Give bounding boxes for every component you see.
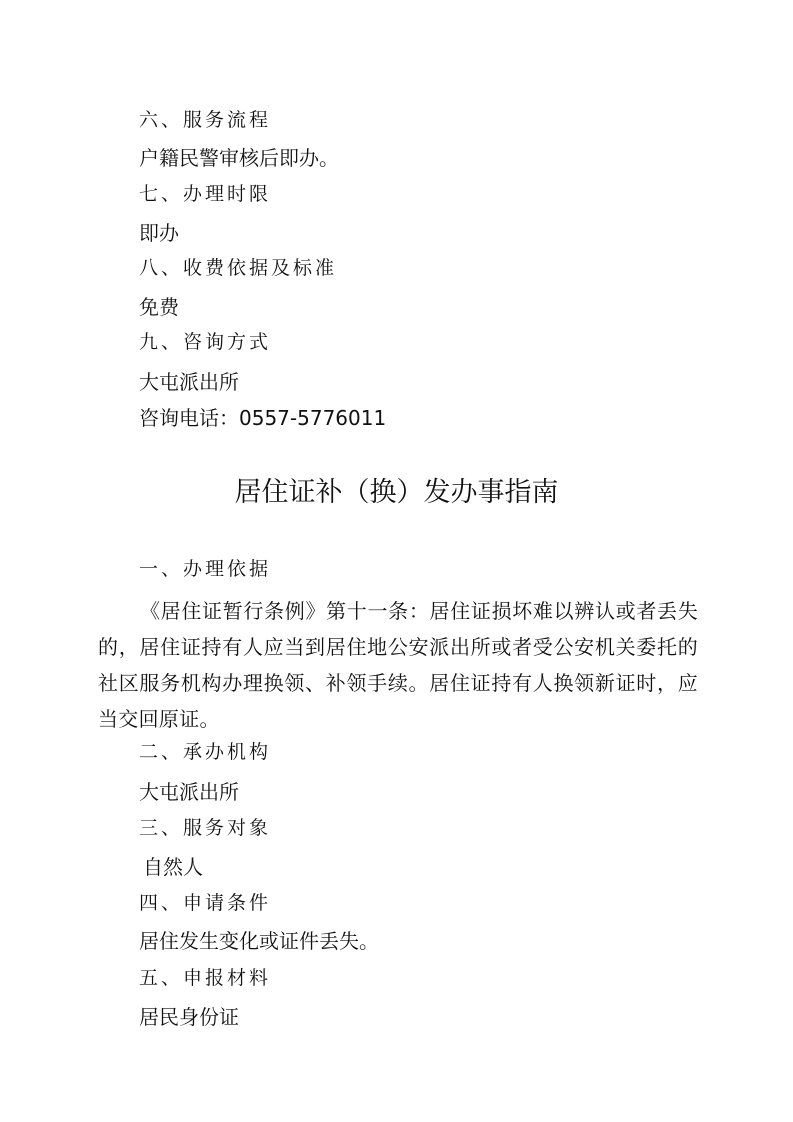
section-body-conditions: 居住发生变化或证件丢失。 — [139, 929, 379, 953]
section-body-fees: 免费 — [139, 295, 179, 319]
section-heading-consult: 九、咨询方式 — [139, 330, 271, 354]
section-heading-basis: 一、办理依据 — [139, 557, 271, 581]
section-heading-target: 三、服务对象 — [139, 816, 271, 840]
section-body-agency: 大屯派出所 — [139, 780, 239, 804]
section-heading-agency: 二、承办机构 — [139, 740, 271, 764]
section-body-consult-phone: 咨询电话：0557-5776011 — [139, 406, 386, 430]
section-body-process: 户籍民警审核后即办。 — [139, 146, 339, 170]
section-heading-fees: 八、收费依据及标准 — [139, 256, 337, 280]
section-body-basis: 《居住证暂行条例》第十一条：居住证损坏难以辨认或者丢失的，居住证持有人应当到居住… — [98, 593, 698, 737]
section-heading-process: 六、服务流程 — [139, 108, 271, 132]
section-heading-time-limit: 七、办理时限 — [139, 182, 271, 206]
section-body-target: 自然人 — [143, 855, 203, 879]
section-body-consult-office: 大屯派出所 — [139, 370, 239, 394]
section-body-time-limit: 即办 — [139, 221, 179, 245]
section-heading-materials: 五、申报材料 — [139, 966, 271, 990]
section-heading-conditions: 四、申请条件 — [139, 891, 271, 915]
page-title: 居住证补（换）发办事指南 — [0, 476, 793, 510]
section-body-materials: 居民身份证 — [139, 1005, 239, 1029]
